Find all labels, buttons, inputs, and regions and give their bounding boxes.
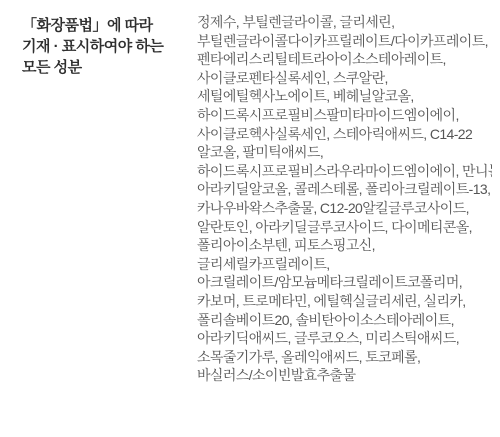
ingredient-line: 펜타에리스리틸테트라아이소스테아레이트,: [197, 50, 492, 69]
ingredient-line: 정제수, 부틸렌글라이콜, 글리세린,: [197, 13, 492, 32]
ingredient-line: 세틸에틸헥사노에이트, 베헤닐알코올,: [197, 87, 492, 106]
ingredient-info-section: 「화장품법」에 따라 기재 · 표시하여야 하는 모든 성분 정제수, 부틸렌글…: [0, 0, 500, 385]
ingredient-line: 알코올, 팔미틱애씨드,: [197, 143, 492, 162]
ingredient-line: 카나우바왁스추출물, C12-20알킬글루코사이드,: [197, 199, 492, 218]
ingredient-list: 정제수, 부틸렌글라이콜, 글리세린,부틸렌글라이콜다이카프릴레이트/다이카프레…: [197, 13, 492, 385]
ingredient-line: 카보머, 트로메타민, 에틸헥실글리세린, 실리카,: [197, 292, 492, 311]
ingredient-line: 아라키딕애씨드, 글루코오스, 미리스틱애씨드,: [197, 329, 492, 348]
ingredient-line: 아크릴레이트/암모늄메타크릴레이트코폴리머,: [197, 273, 492, 292]
ingredient-line: 사이클로헥사실록세인, 스테아릭애씨드, C14-22: [197, 125, 492, 144]
ingredient-line: 글리세릴카프릴레이트,: [197, 255, 492, 274]
ingredient-line: 사이클로펜타실록세인, 스쿠알란,: [197, 69, 492, 88]
ingredient-line: 폴리솔베이트20, 솔비탄아이소스테아레이트,: [197, 311, 492, 330]
ingredient-line: 하이드록시프로필비스팔미타마이드엠이에이,: [197, 106, 492, 125]
ingredient-line: 소목줄기가루, 올레익애씨드, 토코페롤,: [197, 348, 492, 367]
ingredient-line: 부틸렌글라이콜다이카프릴레이트/다이카프레이트,: [197, 32, 492, 51]
ingredient-line: 아라키딜알코올, 콜레스테롤, 폴리아크릴레이트-13,: [197, 180, 492, 199]
section-label: 「화장품법」에 따라 기재 · 표시하여야 하는 모든 성분: [22, 13, 197, 78]
ingredient-line: 알란토인, 아라키딜글루코사이드, 다이메티콘올,: [197, 218, 492, 237]
ingredient-line: 하이드록시프로필비스라우라마이드엠이에이, 만니톨,: [197, 162, 492, 181]
ingredient-line: 폴리아이소부텐, 피토스핑고신,: [197, 236, 492, 255]
ingredient-line: 바실러스/소이빈발효추출물: [197, 366, 492, 385]
